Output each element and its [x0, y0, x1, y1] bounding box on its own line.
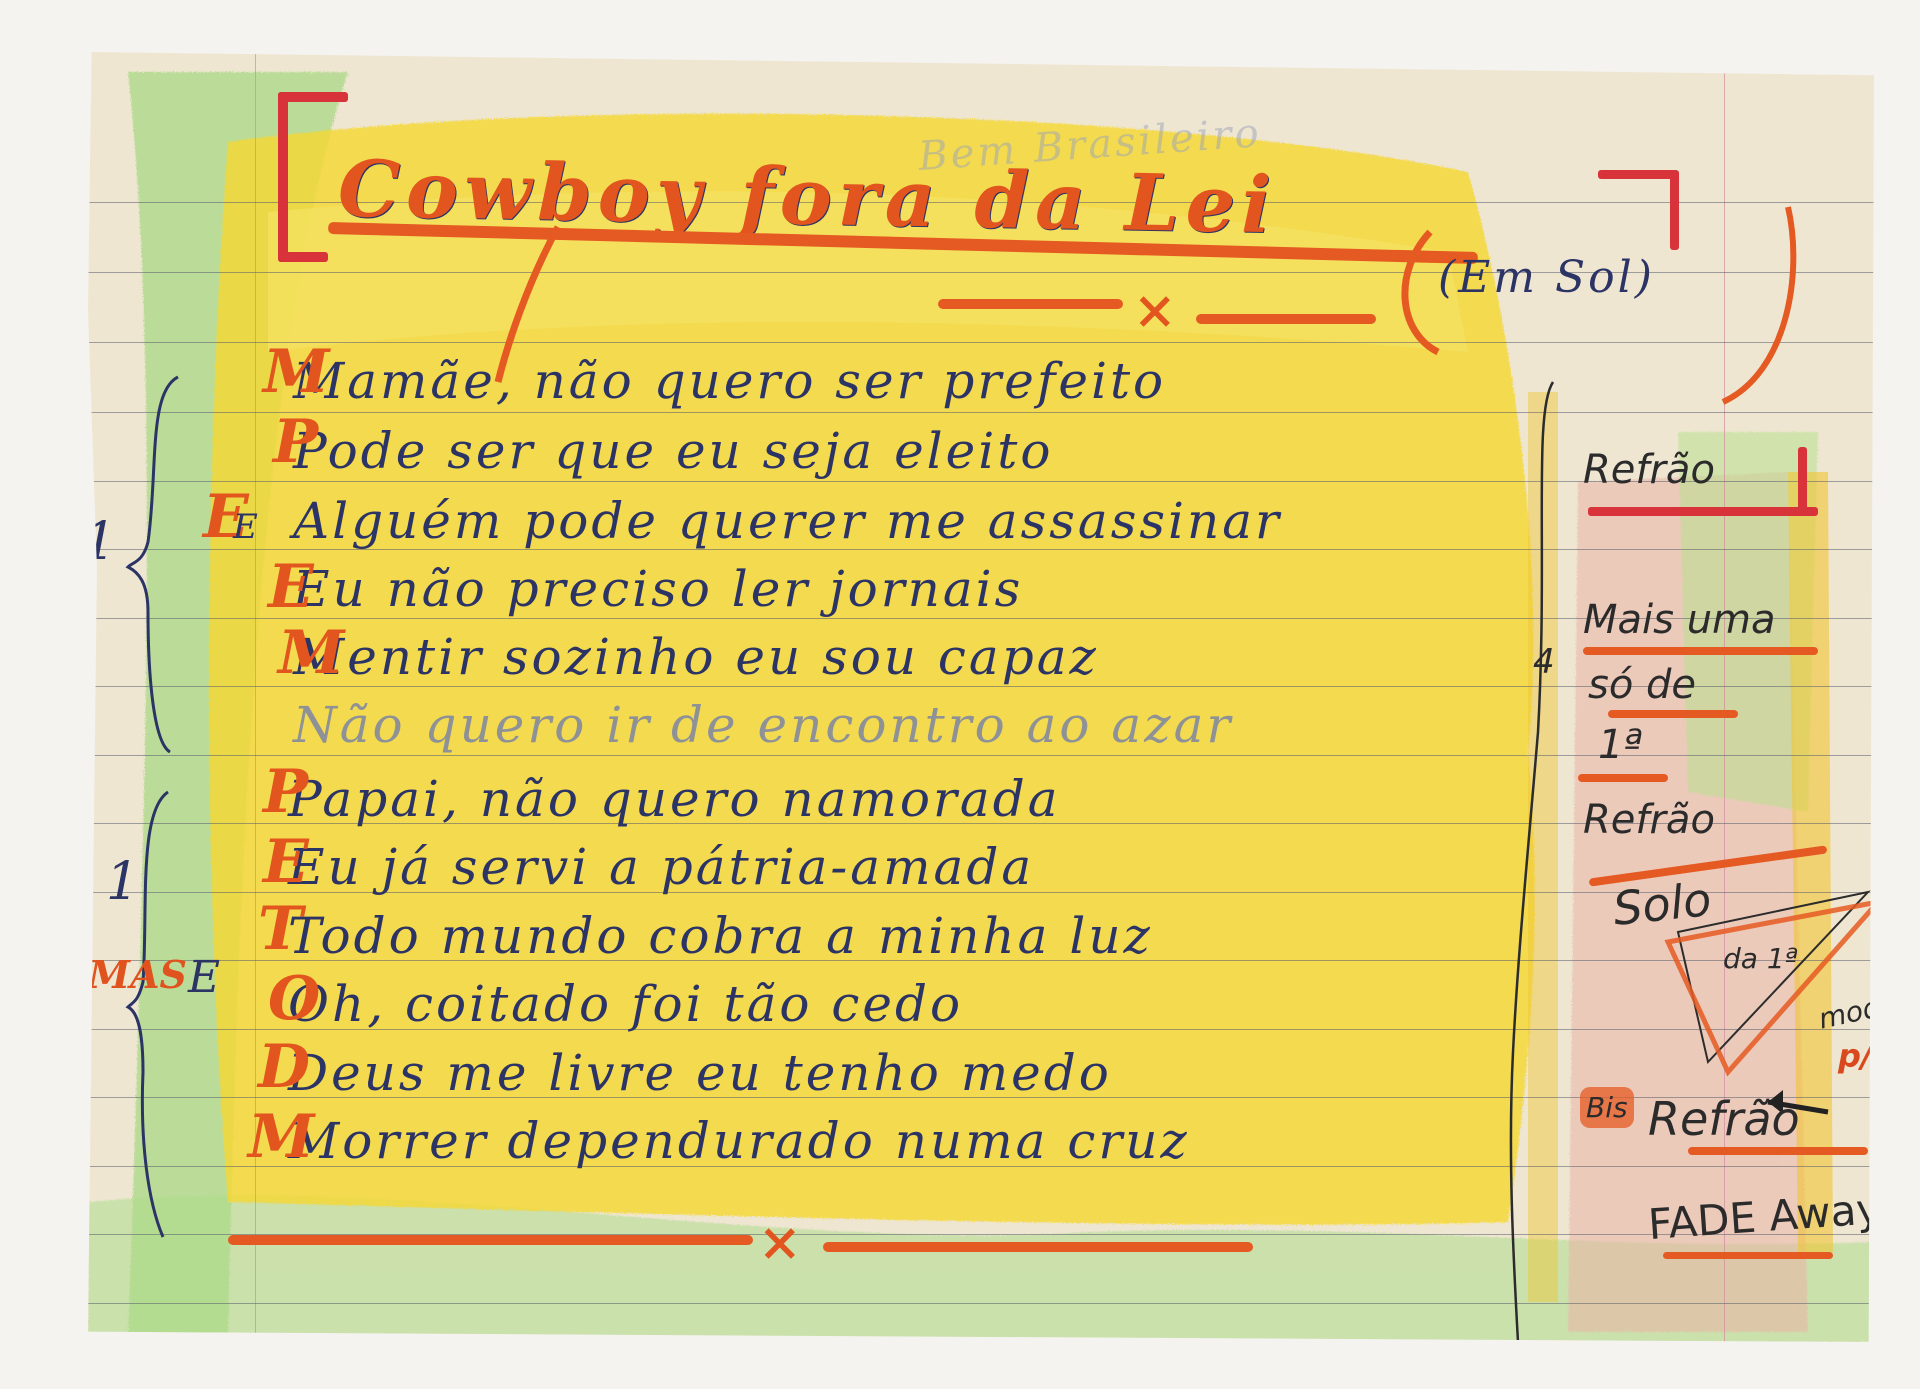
verse-2-initial: T: [258, 894, 303, 964]
note-solo: Solo: [1610, 872, 1713, 936]
verse-2-marker: 1: [106, 852, 142, 912]
verse-2-margin-note: MAS: [88, 952, 187, 997]
underline: [1578, 774, 1668, 782]
note-bis: Bis: [1580, 1087, 1634, 1128]
bottom-divider-segment: [823, 1242, 1253, 1252]
verse-1-line-5: Mentir sozinho eu sou capaz: [293, 628, 1099, 686]
verse-2-line-5: Deus me livre eu tenho medo: [288, 1044, 1112, 1102]
verse-2-line-3: Todo mundo cobra a minha luz: [288, 907, 1153, 965]
verse-1-initial: M: [278, 618, 344, 688]
note-so-de: só de: [1588, 662, 1696, 708]
verse-2-line-6: Morrer dependurado numa cruz: [288, 1112, 1190, 1170]
verse-1-initial: P: [273, 407, 318, 477]
verse-1-side-letter: E: [233, 507, 261, 547]
verse-2-side-letter: E: [188, 952, 223, 1003]
verse-1-line-1: Mamãe, não quero ser prefeito: [293, 352, 1166, 410]
underline: [1583, 647, 1818, 655]
underline: [1663, 1252, 1833, 1259]
note-refrao-3: Refrão: [1648, 1092, 1800, 1146]
verse-1-initial: M: [263, 337, 329, 407]
verse-1-line-3: Alguém pode querer me assassinar: [293, 492, 1282, 550]
verse-2-line-4: Oh, coitado foi tão cedo: [288, 975, 963, 1033]
note-p-a: p/A: [1838, 1037, 1874, 1075]
note-refrao-1: Refrão: [1583, 447, 1715, 493]
verse-1-line-4: Eu não preciso ler jornais: [293, 560, 1023, 618]
verse-2-initial: P: [263, 757, 308, 827]
bottom-divider-segment: [228, 1235, 753, 1245]
refrao-underline: [1588, 507, 1818, 516]
note-mais-uma: Mais uma: [1583, 597, 1776, 643]
bottom-divider-x-mark: ×: [758, 1212, 808, 1273]
note-da-1a: da 1ª: [1723, 942, 1798, 975]
verse-1-initial: E: [268, 552, 314, 622]
underline: [1688, 1147, 1868, 1155]
verse-1-marker: 1: [88, 512, 119, 572]
verse-2-initial: E: [263, 827, 309, 897]
verse-1-line-6: Não quero ir de encontro ao azar: [293, 696, 1233, 754]
verse-2-line-2: Eu já servi a pátria-amada: [288, 838, 1034, 896]
verse-2-initial: D: [258, 1032, 310, 1102]
note-refrao-2: Refrão: [1583, 797, 1715, 843]
bracket-mark: 4: [1533, 642, 1555, 682]
note-1a: 1ª: [1598, 722, 1642, 768]
verse-1-line-2: Pode ser que eu seja eleito: [293, 422, 1053, 480]
verse-2-initial: M: [248, 1102, 314, 1172]
manuscript-paper: Bem Brasileiro Cowboy fora da Lei (Em So…: [88, 52, 1874, 1342]
verse-2-initial: O: [268, 964, 320, 1034]
verse-2-line-1: Papai, não quero namorada: [288, 770, 1061, 828]
refrao-bracket: [1798, 447, 1807, 512]
underline: [1608, 710, 1738, 718]
